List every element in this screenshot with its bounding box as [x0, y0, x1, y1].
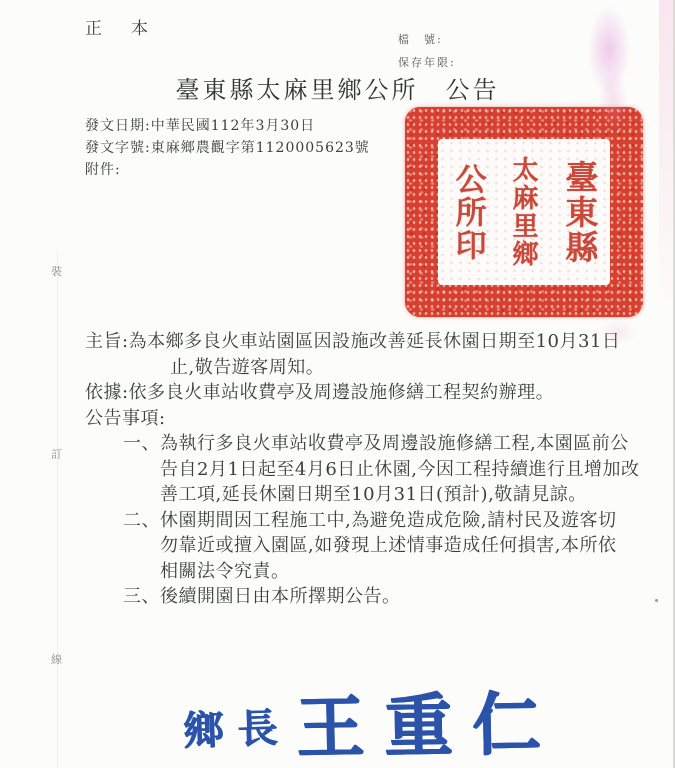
seal-column-right: 臺東縣 [563, 160, 596, 265]
item2-line-1: 二、休園期間因工程施工中,為避免造成危險,請村民及遊客切 [85, 508, 655, 534]
document-meta-block: 發文日期:中華民國112年3月30日 發文字號:東麻鄉農觀字第112000562… [85, 115, 370, 181]
subject-line-1: 主旨:為本鄉多良火車站園區因設施改善延長休園日期至10月31日 [85, 329, 655, 355]
item1-text: 為執行多良火車站收費亭及周邊設施修繕工程,本園區前公 [160, 433, 629, 454]
seal-column-left: 公所印 [452, 163, 483, 262]
attachment-row: 附件: [85, 159, 370, 181]
binding-margin-line [57, 250, 58, 768]
items-heading: 公告事項: [85, 406, 655, 432]
basis-line: 依據:依多良火車站收費亭及周邊設施修繕工程契約辦理。 [85, 380, 655, 406]
seal-inner-text: 臺東縣 太麻里鄉 公所印 [438, 139, 610, 285]
seal-column-middle: 太麻里鄉 [510, 156, 536, 268]
item3-line-1: 三、後續開園日由本所擇期公告。 [85, 584, 655, 610]
subject-line-2: 止,敬告遊客周知。 [85, 355, 655, 381]
item1-line-2: 告自2月1日起至4月6日止休園,今因工程持續進行且增加改 [85, 457, 655, 483]
basis-text: 依多良火車站收費亭及周邊設施修繕工程契約辦理。 [129, 382, 555, 403]
item2-line-3: 相關法令究責。 [85, 559, 655, 585]
announcement-body: 主旨:為本鄉多良火車站園區因設施改善延長休園日期至10月31日 止,敬告遊客周知… [85, 329, 655, 610]
copy-type-label: 正 本 [85, 14, 154, 39]
binding-mark-zhuang: 裝 [51, 263, 62, 279]
official-red-seal: 臺東縣 太麻里鄉 公所印 [405, 107, 643, 317]
signature-name: 王重仁 [295, 670, 561, 768]
subject-label: 主旨: [85, 331, 129, 352]
document-title: 臺東縣太麻里鄉公所 公告 [0, 70, 675, 105]
item1-line-3: 善工項,延長休園日期至10月31日(預計),敬請見諒。 [85, 482, 655, 508]
scanned-announcement-page: 正 本 檔 號: 保存年限: 臺東縣太麻里鄉公所 公告 發文日期:中華民國112… [0, 0, 675, 768]
issue-date-row: 發文日期:中華民國112年3月30日 [85, 115, 370, 137]
file-number-label: 檔 號: [398, 28, 456, 51]
basis-label: 依據: [85, 382, 129, 403]
binding-mark-xian: 線 [51, 651, 62, 667]
subject-text: 為本鄉多良火車站園區因設施改善延長休園日期至10月31日 [129, 331, 621, 352]
item2-label: 二、 [85, 508, 160, 534]
item3-text: 後續開園日由本所擇期公告。 [160, 586, 401, 607]
scan-speck [655, 599, 658, 602]
item3-label: 三、 [85, 584, 160, 610]
item1-line-1: 一、為執行多良火車站收費亭及周邊設施修繕工程,本園區前公 [85, 431, 655, 457]
signature-title: 鄉長 [182, 696, 292, 757]
binding-mark-ding: 訂 [51, 446, 62, 462]
item1-label: 一、 [85, 431, 160, 457]
scan-edge-streak [659, 0, 673, 310]
item2-text: 休園期間因工程施工中,為避免造成危險,請村民及遊客切 [160, 510, 616, 531]
item2-line-2: 勿靠近或擅入園區,如發現上述情事造成任何損害,本所依 [85, 533, 655, 559]
file-reference-block: 檔 號: 保存年限: [398, 28, 456, 74]
doc-number-row: 發文字號:東麻鄉農觀字第1120005623號 [85, 137, 370, 159]
